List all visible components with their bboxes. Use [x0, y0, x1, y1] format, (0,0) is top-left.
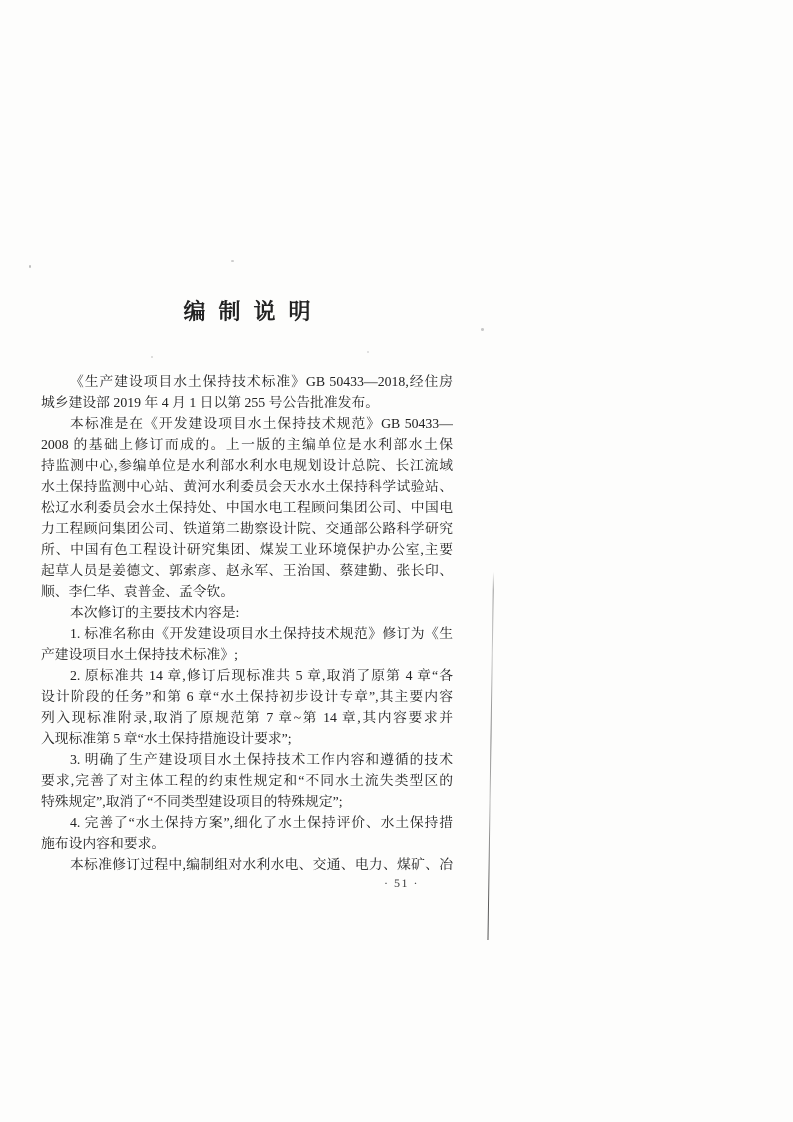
document-body: 《生产建设项目水土保持技术标准》GB 50433—2018,经住房城乡建设部 2… [41, 371, 453, 875]
scan-speck [29, 265, 31, 268]
text-line: 特殊规定”,取消了“不同类型建设项目的特殊规定”; [41, 791, 453, 812]
scanned-document-page: 编制说明 《生产建设项目水土保持技术标准》GB 50433—2018,经住房城乡… [0, 0, 793, 1122]
text-line: 《生产建设项目水土保持技术标准》GB 50433—2018,经住房 [41, 371, 453, 392]
page-title: 编制说明 [41, 297, 453, 327]
text-line: 1. 标准名称由《开发建设项目水土保持技术规范》修订为《生 [41, 623, 453, 644]
text-line: 4. 完善了“水土保持方案”,细化了水土保持评价、水土保持措 [41, 812, 453, 833]
scan-edge-line [487, 572, 494, 940]
text-line: 设计阶段的任务”和第 6 章“水土保持初步设计专章”,其主要内容 [41, 686, 453, 707]
text-line: 列入现标准附录,取消了原规范第 7 章~第 14 章,其内容要求并 [41, 707, 453, 728]
text-line: 产建设项目水土保持技术标准》; [41, 644, 453, 665]
scan-speck [151, 356, 153, 358]
text-line: 施布设内容和要求。 [41, 833, 453, 854]
page-number: · 51 · [384, 876, 419, 891]
text-line: 3. 明确了生产建设项目水土保持技术工作内容和遵循的技术 [41, 749, 453, 770]
scan-speck [481, 328, 484, 331]
text-line: 本标准修订过程中,编制组对水利水电、交通、电力、煤矿、冶 [41, 854, 453, 875]
text-line: 2008 的基础上修订而成的。上一版的主编单位是水利部水土保 [41, 434, 453, 455]
text-line: 顺、李仁华、袁普金、孟令钦。 [41, 581, 453, 602]
text-line: 水土保持监测中心站、黄河水利委员会天水水土保持科学试验站、 [41, 476, 453, 497]
text-line: 所、中国有色工程设计研究集团、煤炭工业环境保护办公室,主要 [41, 539, 453, 560]
text-line: 要求,完善了对主体工程的约束性规定和“不同水土流失类型区的 [41, 770, 453, 791]
text-line: 本标准是在《开发建设项目水土保持技术规范》GB 50433— [41, 413, 453, 434]
text-line: 城乡建设部 2019 年 4 月 1 日以第 255 号公告批准发布。 [41, 392, 453, 413]
text-line: 本次修订的主要技术内容是: [41, 602, 453, 623]
text-line: 持监测中心,参编单位是水利部水利水电规划设计总院、长江流域 [41, 455, 453, 476]
text-line: 松辽水利委员会水土保持处、中国水电工程顾问集团公司、中国电 [41, 497, 453, 518]
text-line: 起草人员是姜德文、郭索彦、赵永军、王治国、蔡建勤、张长印、秦百 [41, 560, 453, 581]
text-line: 力工程顾问集团公司、铁道第二勘察设计院、交通部公路科学研究 [41, 518, 453, 539]
text-line: 2. 原标准共 14 章,修订后现标准共 5 章,取消了原第 4 章“各 [41, 665, 453, 686]
scan-speck [367, 351, 369, 353]
scan-speck [231, 260, 234, 262]
text-line: 入现标准第 5 章“水土保持措施设计要求”; [41, 728, 453, 749]
